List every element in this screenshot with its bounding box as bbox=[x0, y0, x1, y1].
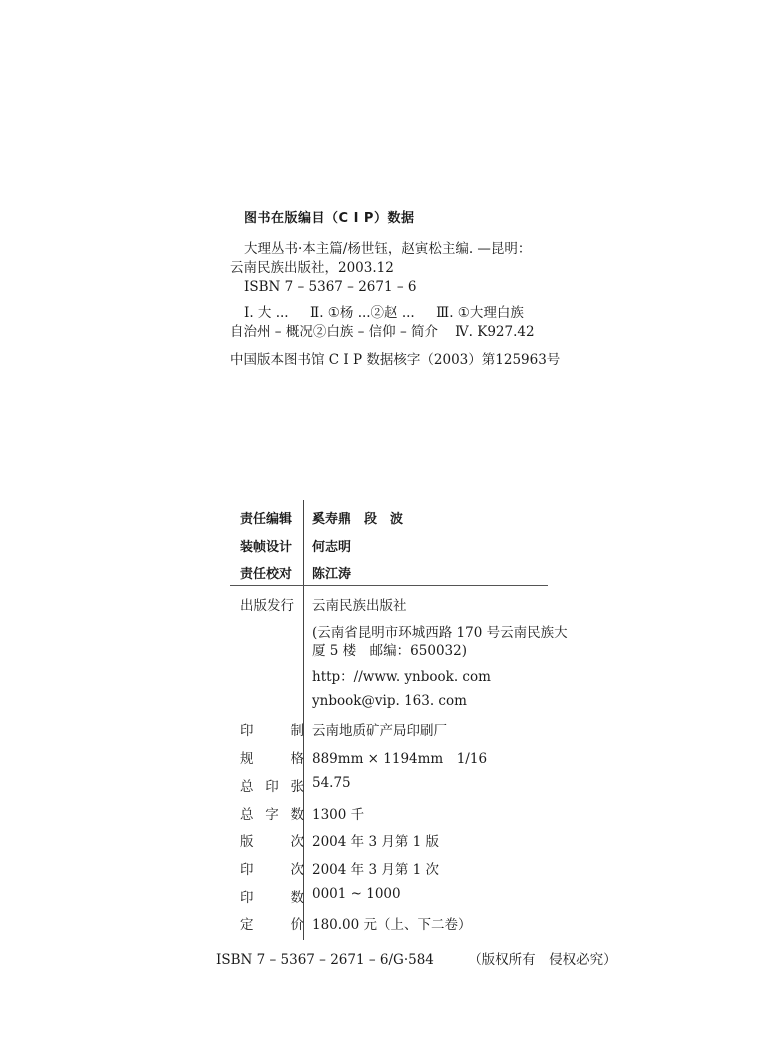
credit-row-print-run: 印 数 0001 ~ 1000 bbox=[230, 886, 570, 906]
credit-row-format: 规 格 889mm × 1194mm 1/16 bbox=[230, 747, 570, 767]
credit-label: 出版发行 bbox=[240, 594, 304, 614]
footer-isbn: ISBN 7 – 5367 – 2671 – 6/G·584 bbox=[216, 952, 434, 968]
credit-row-printer: 印 制 云南地质矿产局印刷厂 bbox=[230, 719, 570, 739]
credit-row-printing: 印 次 2004 年 3 月第 1 次 bbox=[230, 858, 570, 878]
credit-value: 陈江涛 bbox=[312, 563, 351, 582]
credit-label: 责任校对 bbox=[240, 563, 304, 582]
credits-horizontal-divider bbox=[230, 585, 548, 586]
label-char: 印 bbox=[240, 858, 254, 878]
credit-row-edition: 版 次 2004 年 3 月第 1 版 bbox=[230, 830, 570, 850]
label-char: 印 bbox=[240, 719, 254, 739]
cip-line-publisher: 云南民族出版社，2003.12 bbox=[230, 259, 394, 277]
label-char: 张 bbox=[291, 775, 305, 795]
credit-label: 总 印 张 bbox=[240, 775, 304, 795]
credit-value: 何志明 bbox=[312, 536, 351, 555]
credit-row-price: 定 价 180.00 元（上、下二卷） bbox=[230, 913, 570, 933]
label-char: 格 bbox=[291, 747, 305, 767]
credit-label: 版 次 bbox=[240, 830, 304, 850]
credit-row-address-2: 厦 5 楼 邮编：650032) bbox=[230, 639, 570, 659]
publisher-website: http：//www. ynbook. com bbox=[312, 665, 491, 685]
credit-value: 云南地质矿产局印刷厂 bbox=[312, 719, 447, 739]
publisher-email: ynbook@vip. 163. com bbox=[312, 693, 467, 709]
credit-value: 0001 ~ 1000 bbox=[312, 886, 401, 902]
credit-label: 印 数 bbox=[240, 886, 304, 906]
credit-label: 责任编辑 bbox=[240, 508, 304, 527]
credit-value: 1300 千 bbox=[312, 803, 364, 823]
label-char: 字 bbox=[265, 803, 279, 823]
credit-label: 总 字 数 bbox=[240, 803, 304, 823]
label-char: 总 bbox=[240, 775, 254, 795]
credit-value: 889mm × 1194mm 1/16 bbox=[312, 747, 487, 767]
label-char: 数 bbox=[291, 803, 305, 823]
label-char: 印 bbox=[265, 775, 279, 795]
credit-label: 定 价 bbox=[240, 913, 304, 933]
credit-row-website: http：//www. ynbook. com bbox=[230, 665, 570, 685]
publisher-name: 云南民族出版社 bbox=[312, 594, 407, 614]
credit-label: 规 格 bbox=[240, 747, 304, 767]
publisher-address-line1: (云南省昆明市环城西路 170 号云南民族大 bbox=[312, 621, 568, 641]
credit-row-editor: 责任编辑 奚寿鼎 段 波 bbox=[230, 508, 570, 528]
credit-row-sheets: 总 印 张 54.75 bbox=[230, 775, 570, 795]
footer: ISBN 7 – 5367 – 2671 – 6/G·584 （版权所有 侵权必… bbox=[216, 948, 617, 968]
cip-line-title: 大理丛书·本主篇/杨世钰，赵寅松主编. —昆明： bbox=[244, 240, 531, 258]
label-char: 价 bbox=[291, 913, 305, 933]
footer-rights: （版权所有 侵权必究） bbox=[468, 952, 617, 968]
label-char: 次 bbox=[291, 858, 305, 878]
credit-label: 印 次 bbox=[240, 858, 304, 878]
label-char: 印 bbox=[240, 886, 254, 906]
credit-row-designer: 装帧设计 何志明 bbox=[230, 536, 570, 556]
credit-row-publisher: 出版发行 云南民族出版社 bbox=[230, 594, 570, 614]
credit-row-email: ynbook@vip. 163. com bbox=[230, 693, 570, 713]
cip-title: 图书在版编目（C I P）数据 bbox=[244, 207, 414, 226]
credit-value: 180.00 元（上、下二卷） bbox=[312, 913, 472, 933]
credit-label: 印 制 bbox=[240, 719, 304, 739]
label-char: 数 bbox=[291, 886, 305, 906]
cip-line-library-number: 中国版本图书馆 C I P 数据核字（2003）第125963号 bbox=[230, 351, 560, 369]
credit-value: 2004 年 3 月第 1 次 bbox=[312, 858, 439, 878]
label-char: 制 bbox=[291, 719, 305, 739]
label-char: 版 bbox=[240, 830, 254, 850]
publisher-address-line2: 厦 5 楼 邮编：650032) bbox=[312, 639, 467, 659]
label-char: 规 bbox=[240, 747, 254, 767]
label-char: 总 bbox=[240, 803, 254, 823]
credit-row-word-count: 总 字 数 1300 千 bbox=[230, 803, 570, 823]
cip-line-classification-1: Ⅰ. 大 ... Ⅱ. ①杨 ...②赵 ... Ⅲ. ①大理白族 bbox=[244, 304, 524, 322]
cip-line-isbn: ISBN 7 – 5367 – 2671 – 6 bbox=[244, 278, 417, 296]
credit-value: 54.75 bbox=[312, 775, 351, 791]
cip-line-classification-2: 自治州 – 概况②白族 – 信仰 – 简介 Ⅳ. K927.42 bbox=[230, 323, 535, 341]
credit-value: 奚寿鼎 段 波 bbox=[312, 508, 403, 527]
label-char: 定 bbox=[240, 913, 254, 933]
credit-row-proofreader: 责任校对 陈江涛 bbox=[230, 563, 570, 583]
credit-row-address-1: (云南省昆明市环城西路 170 号云南民族大 bbox=[230, 621, 570, 641]
credit-label: 装帧设计 bbox=[240, 536, 304, 555]
credit-value: 2004 年 3 月第 1 版 bbox=[312, 830, 439, 850]
label-char: 次 bbox=[291, 830, 305, 850]
